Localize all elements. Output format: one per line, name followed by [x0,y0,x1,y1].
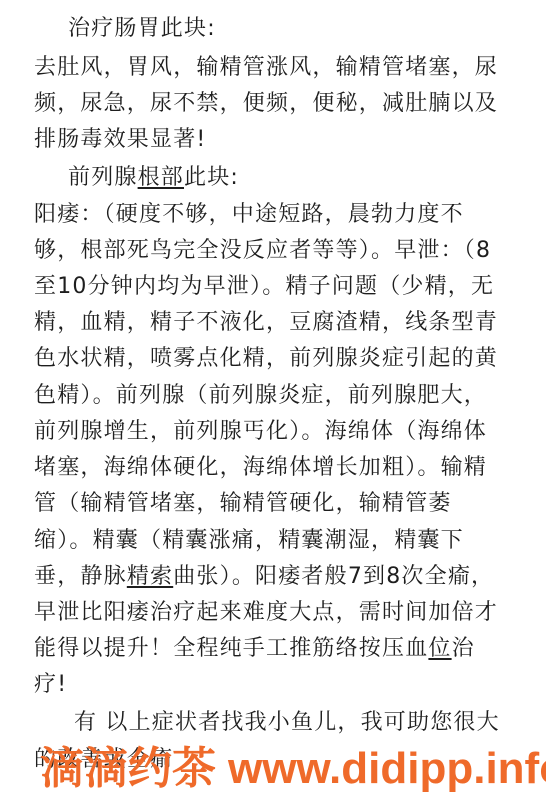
closing-line: 有 以上症状者找我小鱼儿，我可助您很大 [34,708,500,738]
text-line: 阳痿：（硬度不够，中途短路，晨勃力度不 [34,200,464,230]
text-line: 垂，静脉精索曲张）。阳痿者般7到8次全瘉， [34,562,494,592]
text-post: 曲张）。阳痿者般7到8次全瘉， [173,564,494,589]
underlined-term: 位 [428,636,451,661]
text-line: 色精）。前列腺（前列腺炎症，前列腺肥大， [34,381,487,411]
text-line: 缩）。精囊（精囊涨痛，精囊潮湿，精囊下 [34,526,464,556]
text-line: 去肚风，胃风，输精管涨风，输精管堵塞，尿 [34,53,498,83]
text-post: 治 [452,636,475,661]
text-line: 前列腺增生，前列腺丐化）。海绵体（海绵体 [34,417,487,447]
text-line: 精，血精，精子不液化，豆腐渣精，线条型青 [34,308,498,338]
text-line: 够，根部死鸟完全没反应者等等）。早泄：（8 [34,236,491,266]
text-pre: 垂，静脉 [34,564,127,589]
heading-pre: 前列腺 [68,165,138,190]
watermark: 滴滴约茶www.didipp.info [40,742,546,796]
watermark-cn: 滴滴约茶 [40,743,216,794]
text-line: 排肠毒效果显著! [34,125,206,155]
underlined-term: 精索 [127,564,173,589]
section-heading-stomach: 治疗肠胃此块: [34,14,216,44]
text-line: 堵塞，海绵体硬化，海绵体增长加粗）。输精 [34,453,487,483]
text-line: 疗! [34,670,67,700]
heading-post: 此块: [184,165,239,190]
text-line: 早泄比阳痿治疗起来难度大点，需时间加倍才 [34,598,498,628]
text-pre: 能得以提升！全程纯手工推筋络按压血 [34,636,428,661]
text-line: 频，尿急，尿不禁，便频，便秘，减肚腩以及 [34,89,498,119]
text-line: 至10分钟内均为早泄）。精子问题（少精，无 [34,272,494,302]
text-line: 色水状精，喷雾点化精，前列腺炎症引起的黄 [34,344,498,374]
text-line: 管（输精管堵塞，输精管硬化，输精管萎 [34,489,452,519]
watermark-url: www.didipp.info [228,744,546,793]
text-line: 能得以提升！全程纯手工推筋络按压血位治 [34,634,475,664]
heading-underlined: 根部 [138,165,184,190]
section-heading-prostate: 前列腺根部此块: [34,163,239,193]
